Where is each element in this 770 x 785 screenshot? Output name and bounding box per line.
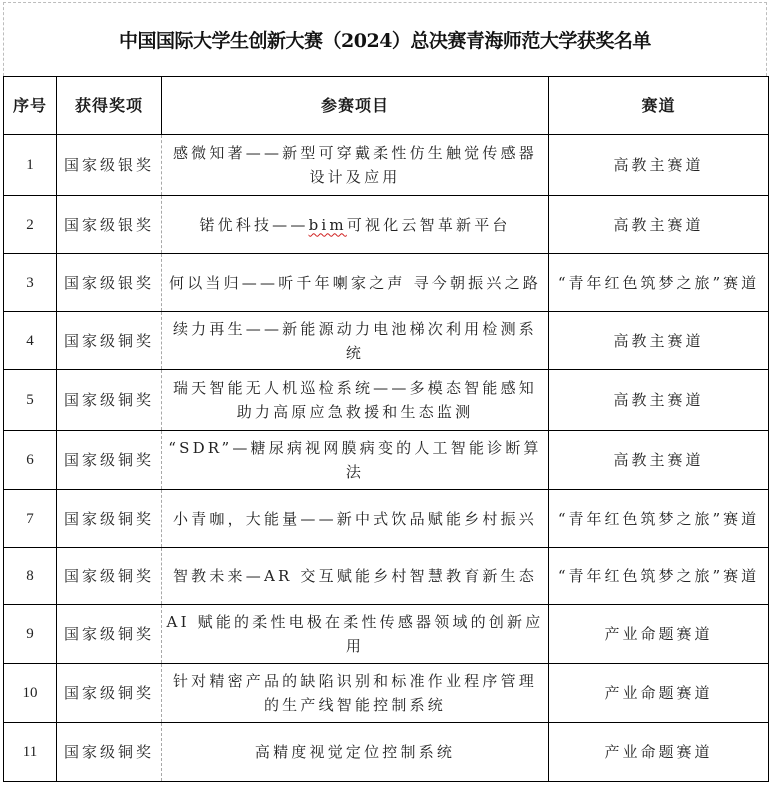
cell-track: “青年红色筑梦之旅”赛道 [549,254,769,312]
cell-no: 7 [4,490,57,548]
cell-track: 高教主赛道 [549,370,769,431]
cell-track: “青年红色筑梦之旅”赛道 [549,490,769,548]
table-row: 7 国家级铜奖 小青咖，大能量——新中式饮品赋能乡村振兴 “青年红色筑梦之旅”赛… [4,490,769,548]
cell-project: 续力再生——新能源动力电池梯次利用检测系统 [162,312,549,370]
spellcheck-flagged-word[interactable]: bim [309,216,347,234]
cell-award: 国家级铜奖 [57,664,162,723]
table-row: 8 国家级铜奖 智教未来—AR 交互赋能乡村智慧教育新生态 “青年红色筑梦之旅”… [4,548,769,605]
cell-project: 智教未来—AR 交互赋能乡村智慧教育新生态 [162,548,549,605]
cell-award: 国家级铜奖 [57,605,162,664]
cell-no: 9 [4,605,57,664]
cell-award: 国家级银奖 [57,135,162,196]
cell-track: 高教主赛道 [549,431,769,490]
cell-award: 国家级铜奖 [57,431,162,490]
cell-no: 3 [4,254,57,312]
table-row: 11 国家级铜奖 高精度视觉定位控制系统 产业命题赛道 [4,723,769,782]
table-row: 3 国家级银奖 何以当归——听千年喇家之声 寻今朝振兴之路 “青年红色筑梦之旅”… [4,254,769,312]
cell-project: 锘优科技——bim可视化云智革新平台 [162,196,549,254]
table-row: 5 国家级铜奖 瑞天智能无人机巡检系统——多模态智能感知助力高原应急救援和生态监… [4,370,769,431]
cell-project: 针对精密产品的缺陷识别和标准作业程序管理的生产线智能控制系统 [162,664,549,723]
table-row: 4 国家级铜奖 续力再生——新能源动力电池梯次利用检测系统 高教主赛道 [4,312,769,370]
cell-award: 国家级铜奖 [57,723,162,782]
cell-no: 11 [4,723,57,782]
cell-award: 国家级铜奖 [57,548,162,605]
cell-no: 2 [4,196,57,254]
document-title: 中国国际大学生创新大赛（2024）总决赛青海师范大学获奖名单 [119,26,651,53]
cell-no: 5 [4,370,57,431]
cell-track: 高教主赛道 [549,312,769,370]
header-award: 获得奖项 [57,77,162,135]
cell-project: 小青咖，大能量——新中式饮品赋能乡村振兴 [162,490,549,548]
header-no: 序号 [4,77,57,135]
header-project: 参赛项目 [162,77,549,135]
cell-track: “青年红色筑梦之旅”赛道 [549,548,769,605]
table-row: 2 国家级银奖 锘优科技——bim可视化云智革新平台 高教主赛道 [4,196,769,254]
cell-project: AI 赋能的柔性电极在柔性传感器领域的创新应用 [162,605,549,664]
cell-track: 产业命题赛道 [549,605,769,664]
cell-project: 瑞天智能无人机巡检系统——多模态智能感知助力高原应急救援和生态监测 [162,370,549,431]
cell-project: 何以当归——听千年喇家之声 寻今朝振兴之路 [162,254,549,312]
cell-project: 高精度视觉定位控制系统 [162,723,549,782]
table-row: 10 国家级铜奖 针对精密产品的缺陷识别和标准作业程序管理的生产线智能控制系统 … [4,664,769,723]
project-text: 可视化云智革新平台 [347,216,511,234]
cell-award: 国家级铜奖 [57,370,162,431]
cell-no: 1 [4,135,57,196]
project-text: 锘优科技—— [199,216,308,234]
cell-no: 10 [4,664,57,723]
cell-no: 6 [4,431,57,490]
cell-award: 国家级银奖 [57,196,162,254]
awards-table: 序号 获得奖项 参赛项目 赛道 1 国家级银奖 感微知著——新型可穿戴柔性仿生触… [3,76,769,782]
cell-no: 4 [4,312,57,370]
cell-project: “SDR”—糖尿病视网膜病变的人工智能诊断算法 [162,431,549,490]
cell-track: 高教主赛道 [549,196,769,254]
header-track: 赛道 [549,77,769,135]
cell-track: 产业命题赛道 [549,723,769,782]
cell-award: 国家级铜奖 [57,490,162,548]
table-row: 9 国家级铜奖 AI 赋能的柔性电极在柔性传感器领域的创新应用 产业命题赛道 [4,605,769,664]
title-cell: 中国国际大学生创新大赛（2024）总决赛青海师范大学获奖名单 [3,2,767,76]
cell-award: 国家级银奖 [57,254,162,312]
header-row: 序号 获得奖项 参赛项目 赛道 [4,77,769,135]
cell-project: 感微知著——新型可穿戴柔性仿生触觉传感器设计及应用 [162,135,549,196]
cell-no: 8 [4,548,57,605]
table-row: 1 国家级银奖 感微知著——新型可穿戴柔性仿生触觉传感器设计及应用 高教主赛道 [4,135,769,196]
cell-track: 产业命题赛道 [549,664,769,723]
table-row: 6 国家级铜奖 “SDR”—糖尿病视网膜病变的人工智能诊断算法 高教主赛道 [4,431,769,490]
cell-award: 国家级铜奖 [57,312,162,370]
cell-track: 高教主赛道 [549,135,769,196]
